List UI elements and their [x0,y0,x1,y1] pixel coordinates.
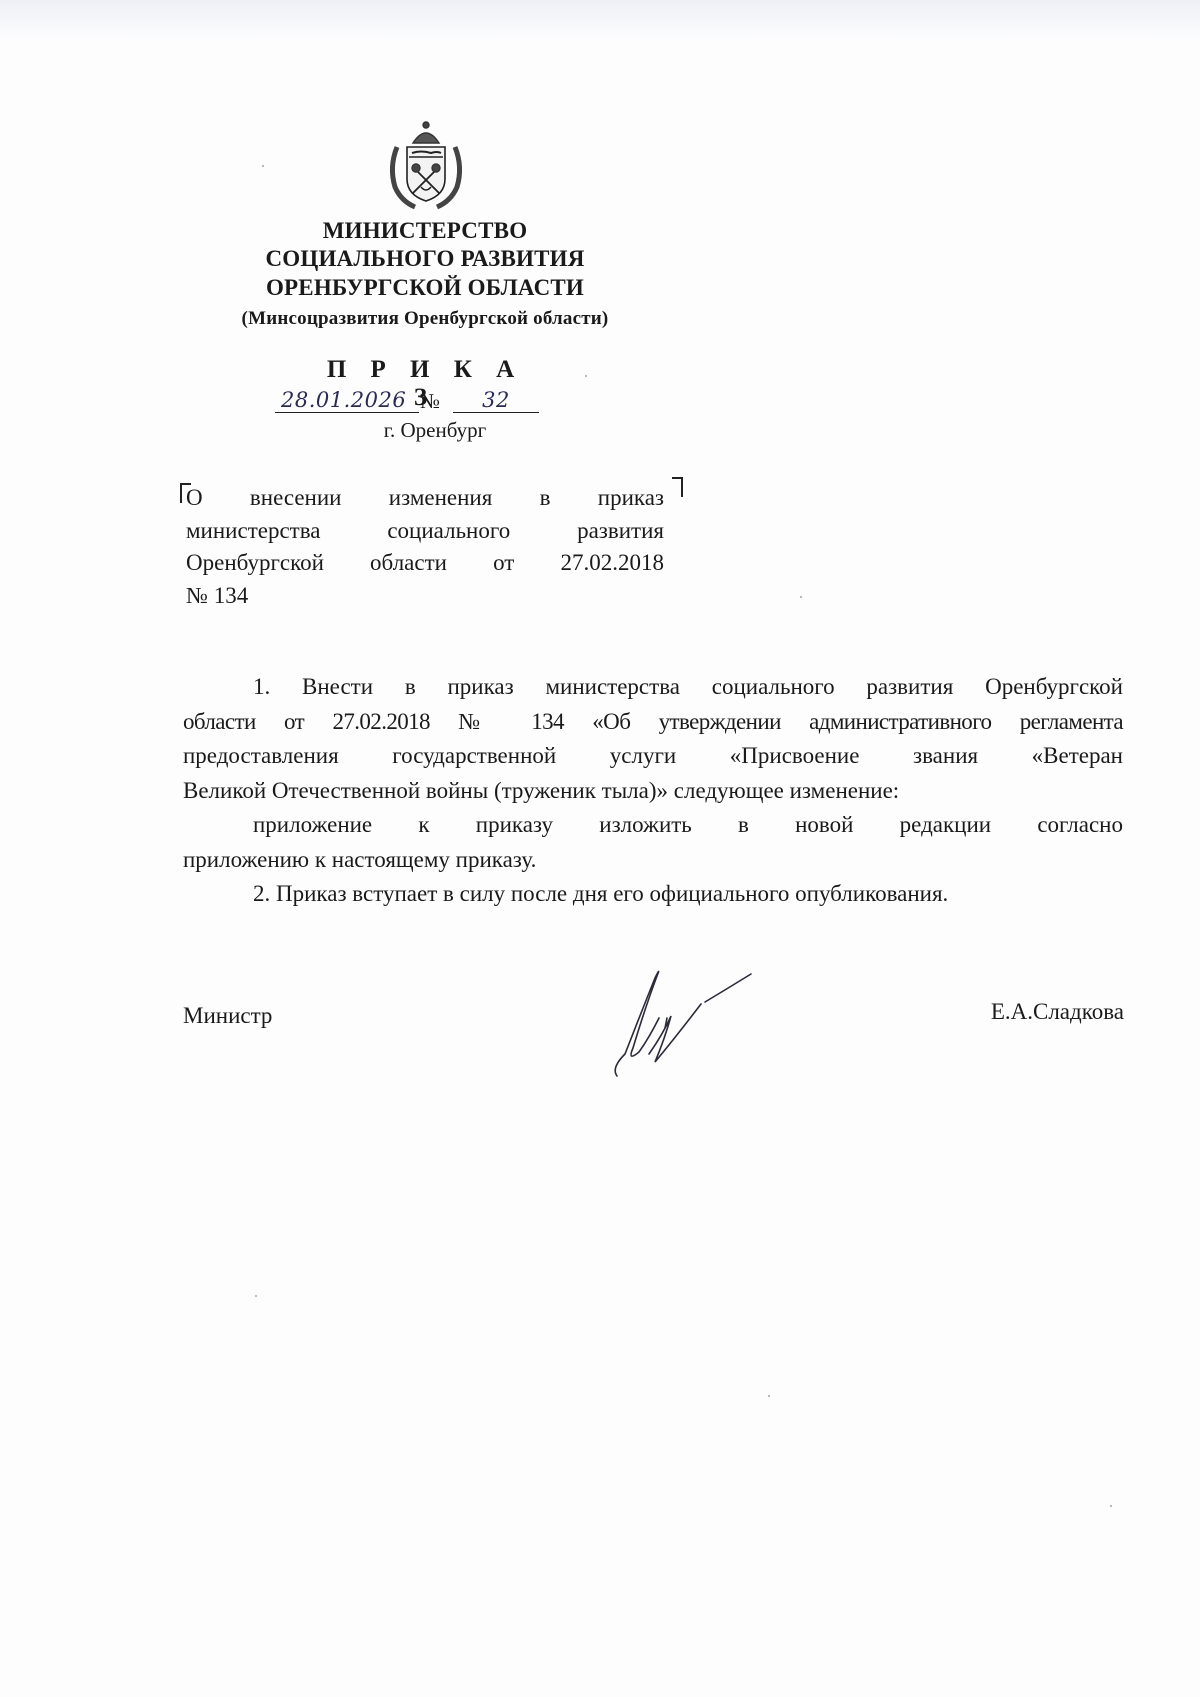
order-title: О внесении изменения в приказ министерст… [186,482,664,612]
org-name-line-3: ОРЕНБУРГСКОЙ ОБЛАСТИ [180,274,670,302]
title-line: Оренбургской области от 27.02.2018 [186,547,664,580]
scan-speck [255,1295,257,1297]
scan-speck [768,1395,770,1397]
body-line: приложению к настоящему приказу. [183,843,1123,878]
date-number-line: 28.01.2026 № 32 [275,388,545,418]
body-line: приложение к приказу изложить в новой ре… [183,808,1123,843]
signer-role: Министр [183,1003,272,1029]
coat-of-arms-icon [385,117,467,213]
order-number: 32 [453,388,539,413]
body-line: предоставления государственной услуги «П… [183,739,1123,774]
title-line: № 134 [186,580,664,613]
city: г. Оренбург [330,418,540,443]
scan-speck [585,375,587,377]
scan-speck [262,165,264,167]
body-line: области от 27.02.2018 № 134 «Об утвержде… [183,705,1123,740]
title-corner-right [672,477,683,497]
title-line: О внесении изменения в приказ [186,482,664,515]
scan-speck [1110,1505,1112,1507]
title-line: министерства социального развития [186,515,664,548]
signature-block: Министр Е.А.Сладкова [0,1003,1200,1093]
scan-shade [0,0,1200,40]
handwritten-signature-icon [605,958,755,1088]
body-line: 1. Внести в приказ министерства социальн… [183,670,1123,705]
number-sign: № [420,388,440,414]
signer-name: Е.А.Сладкова [991,999,1124,1025]
body-line: 2. Приказ вступает в силу после дня его … [183,877,1123,912]
order-body: 1. Внести в приказ министерства социальн… [183,670,1123,912]
scan-speck [800,596,802,598]
org-short-name: (Минсоцразвития Оренбургской области) [180,305,670,333]
body-line: Великой Отечественной войны (труженик ты… [183,774,1123,809]
order-date: 28.01.2026 [275,388,419,413]
org-name-line-1: МИНИСТЕРСТВО [180,217,670,245]
org-name-line-2: СОЦИАЛЬНОГО РАЗВИТИЯ [180,245,670,273]
